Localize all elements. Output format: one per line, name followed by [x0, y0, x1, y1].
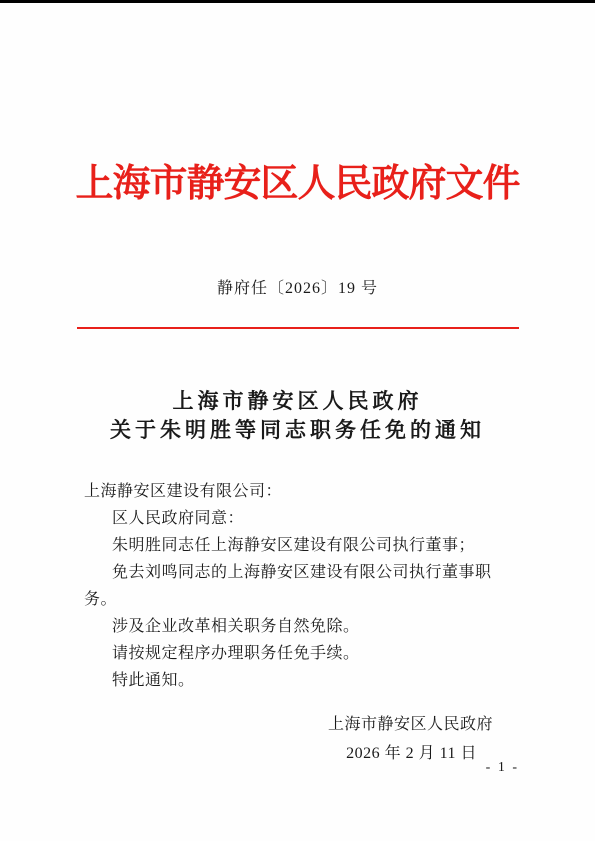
page-number: - 1 -	[486, 760, 519, 776]
red-divider-line	[77, 327, 519, 329]
document-title: 上海市静安区人民政府 关于朱明胜等同志职务任免的通知	[0, 387, 595, 445]
body-paragraph: 涉及企业改革相关职务自然免除。	[84, 613, 519, 640]
body-paragraph: 特此通知。	[84, 667, 519, 694]
document-title-line2: 关于朱明胜等同志职务任免的通知	[0, 416, 595, 445]
red-header-title: 上海市静安区人民政府文件	[0, 160, 595, 209]
page-top-border	[0, 0, 595, 3]
document-title-line1: 上海市静安区人民政府	[0, 387, 595, 416]
recipient-line: 上海静安区建设有限公司：	[84, 478, 519, 505]
body-paragraph: 请按规定程序办理职务任免手续。	[84, 640, 519, 667]
body-paragraph: 朱明胜同志任上海静安区建设有限公司执行董事；	[84, 532, 519, 559]
document-number: 静府任〔2026〕19 号	[0, 279, 595, 299]
document-page: 上海市静安区人民政府文件 静府任〔2026〕19 号 上海市静安区人民政府 关于…	[0, 0, 595, 841]
body-paragraph: 免去刘鸣同志的上海静安区建设有限公司执行董事职务。	[84, 559, 519, 613]
body-paragraph: 区人民政府同意：	[84, 505, 519, 532]
signature-issuer: 上海市静安区人民政府	[0, 710, 595, 739]
document-body: 上海静安区建设有限公司： 区人民政府同意： 朱明胜同志任上海静安区建设有限公司执…	[0, 478, 595, 694]
